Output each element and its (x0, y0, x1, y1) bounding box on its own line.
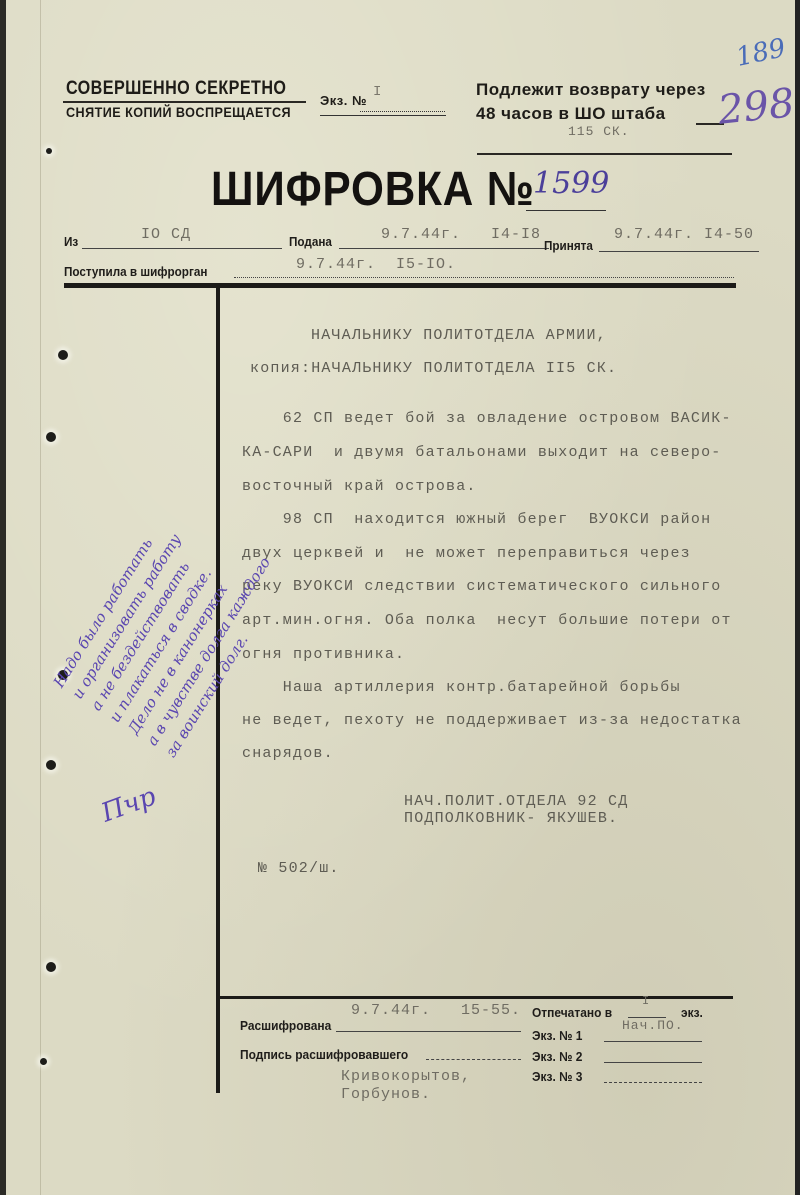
copy-1-value: Нач.ПО. (622, 1018, 684, 1033)
handwritten-number-blue: 189 (733, 33, 788, 73)
printed-label: Отпечатано в (532, 1005, 612, 1020)
from-value: IO СД (141, 226, 191, 243)
body-line: огня противника. (242, 646, 405, 663)
copy-number-value: I (373, 84, 381, 100)
from-line (82, 247, 282, 249)
punch-hole (40, 1058, 47, 1065)
copy-number-line (360, 110, 445, 112)
body-line: 62 СП ведет бой за овладение островом ВА… (242, 410, 732, 427)
footer-divider (218, 996, 733, 999)
secrecy-subheading: СНЯТИЕ КОПИЙ ВОСПРЕЩАЕТСЯ (66, 104, 291, 120)
divider (63, 101, 306, 103)
printed-value: I (642, 994, 650, 1008)
from-label: Из (64, 234, 78, 249)
copy-3-label: Экз. № 3 (532, 1069, 582, 1084)
decrypted-label: Расшифрована (240, 1018, 331, 1033)
document-title: ШИФРОВКА № (211, 162, 535, 217)
received-label: Поступила в шифрорган (64, 264, 207, 279)
received-value: 9.7.44г. I5-IO. (296, 256, 456, 273)
reference-number: № 502/ш. (258, 860, 340, 877)
header-divider (64, 283, 736, 288)
printed-suffix: экз. (681, 1005, 703, 1020)
punch-hole (46, 962, 56, 972)
scan-edge (795, 0, 800, 1195)
body-line: реку ВУОКСИ следствии систематического с… (242, 578, 721, 595)
body-line: Наша артиллерия контр.батарейной борьбы (242, 679, 681, 696)
body-line: снарядов. (242, 745, 334, 762)
submitted-label: Подана (289, 234, 332, 249)
return-notice-line2: 48 часов в ШО штаба (476, 104, 666, 124)
body-line: двух церквей и не может переправиться че… (242, 545, 691, 562)
address-copy-line: копия:НАЧАЛЬНИКУ ПОЛИТОТДЕЛА II5 СК. (250, 360, 617, 377)
document-number: 1599 (533, 166, 609, 201)
signature-title: НАЧ.ПОЛИТ.ОТДЕЛА 92 СД (404, 793, 628, 810)
copy-2-label: Экз. № 2 (532, 1049, 582, 1064)
copy-3-line (604, 1081, 702, 1083)
divider (477, 153, 732, 155)
body-line: не ведет, пехоту не поддерживает из-за н… (242, 712, 742, 729)
accepted-value: 9.7.44г. I4-50 (614, 226, 754, 243)
address-line: НАЧАЛЬНИКУ ПОЛИТОТДЕЛА АРМИИ, (311, 327, 607, 344)
punch-hole (46, 432, 56, 442)
body-line: КА-САРИ и двумя батальонами выходит на с… (242, 444, 721, 461)
secrecy-heading: СОВЕРШЕННО СЕКРЕТНО (66, 78, 286, 100)
decryptor-signature-label: Подпись расшифровавшего (240, 1047, 408, 1062)
decryptors-line1: Кривокорытов, (341, 1068, 471, 1085)
body-line: арт.мин.огня. Оба полка несут большие по… (242, 612, 732, 629)
body-line: восточный край острова. (242, 478, 477, 495)
note-signature: Пчр (98, 781, 160, 828)
divider (320, 115, 446, 116)
document-number-line (526, 210, 606, 211)
return-notice-line1: Подлежит возврату через (476, 80, 706, 100)
signature-name: ПОДПОЛКОВНИК- ЯКУШЕВ. (404, 810, 618, 827)
accepted-label: Принята (544, 238, 593, 253)
submitted-line (339, 247, 549, 249)
submitted-value: 9.7.44г. I4-I8 (381, 226, 541, 243)
received-line (234, 276, 734, 278)
accepted-line (599, 250, 759, 252)
copy-1-line (604, 1040, 702, 1042)
handwritten-number-purple: 298 (716, 80, 797, 134)
return-unit: 115 СК. (568, 124, 630, 139)
punch-hole (46, 760, 56, 770)
decrypted-line (336, 1030, 521, 1032)
punch-hole (58, 350, 68, 360)
copy-number-label: Экз. № (320, 93, 367, 108)
decryptor-signature-line (426, 1058, 521, 1060)
fold-line (40, 0, 41, 1195)
punch-hole (46, 148, 52, 154)
decrypted-value: 9.7.44г. 15-55. (351, 1002, 521, 1019)
copy-1-label: Экз. № 1 (532, 1028, 582, 1043)
document-page: СОВЕРШЕННО СЕКРЕТНО СНЯТИЕ КОПИЙ ВОСПРЕЩ… (6, 0, 800, 1195)
copy-2-line (604, 1061, 702, 1063)
decryptors-line2: Горбунов. (341, 1086, 431, 1103)
body-line: 98 СП находится южный берег ВУОКСИ район (242, 511, 711, 528)
